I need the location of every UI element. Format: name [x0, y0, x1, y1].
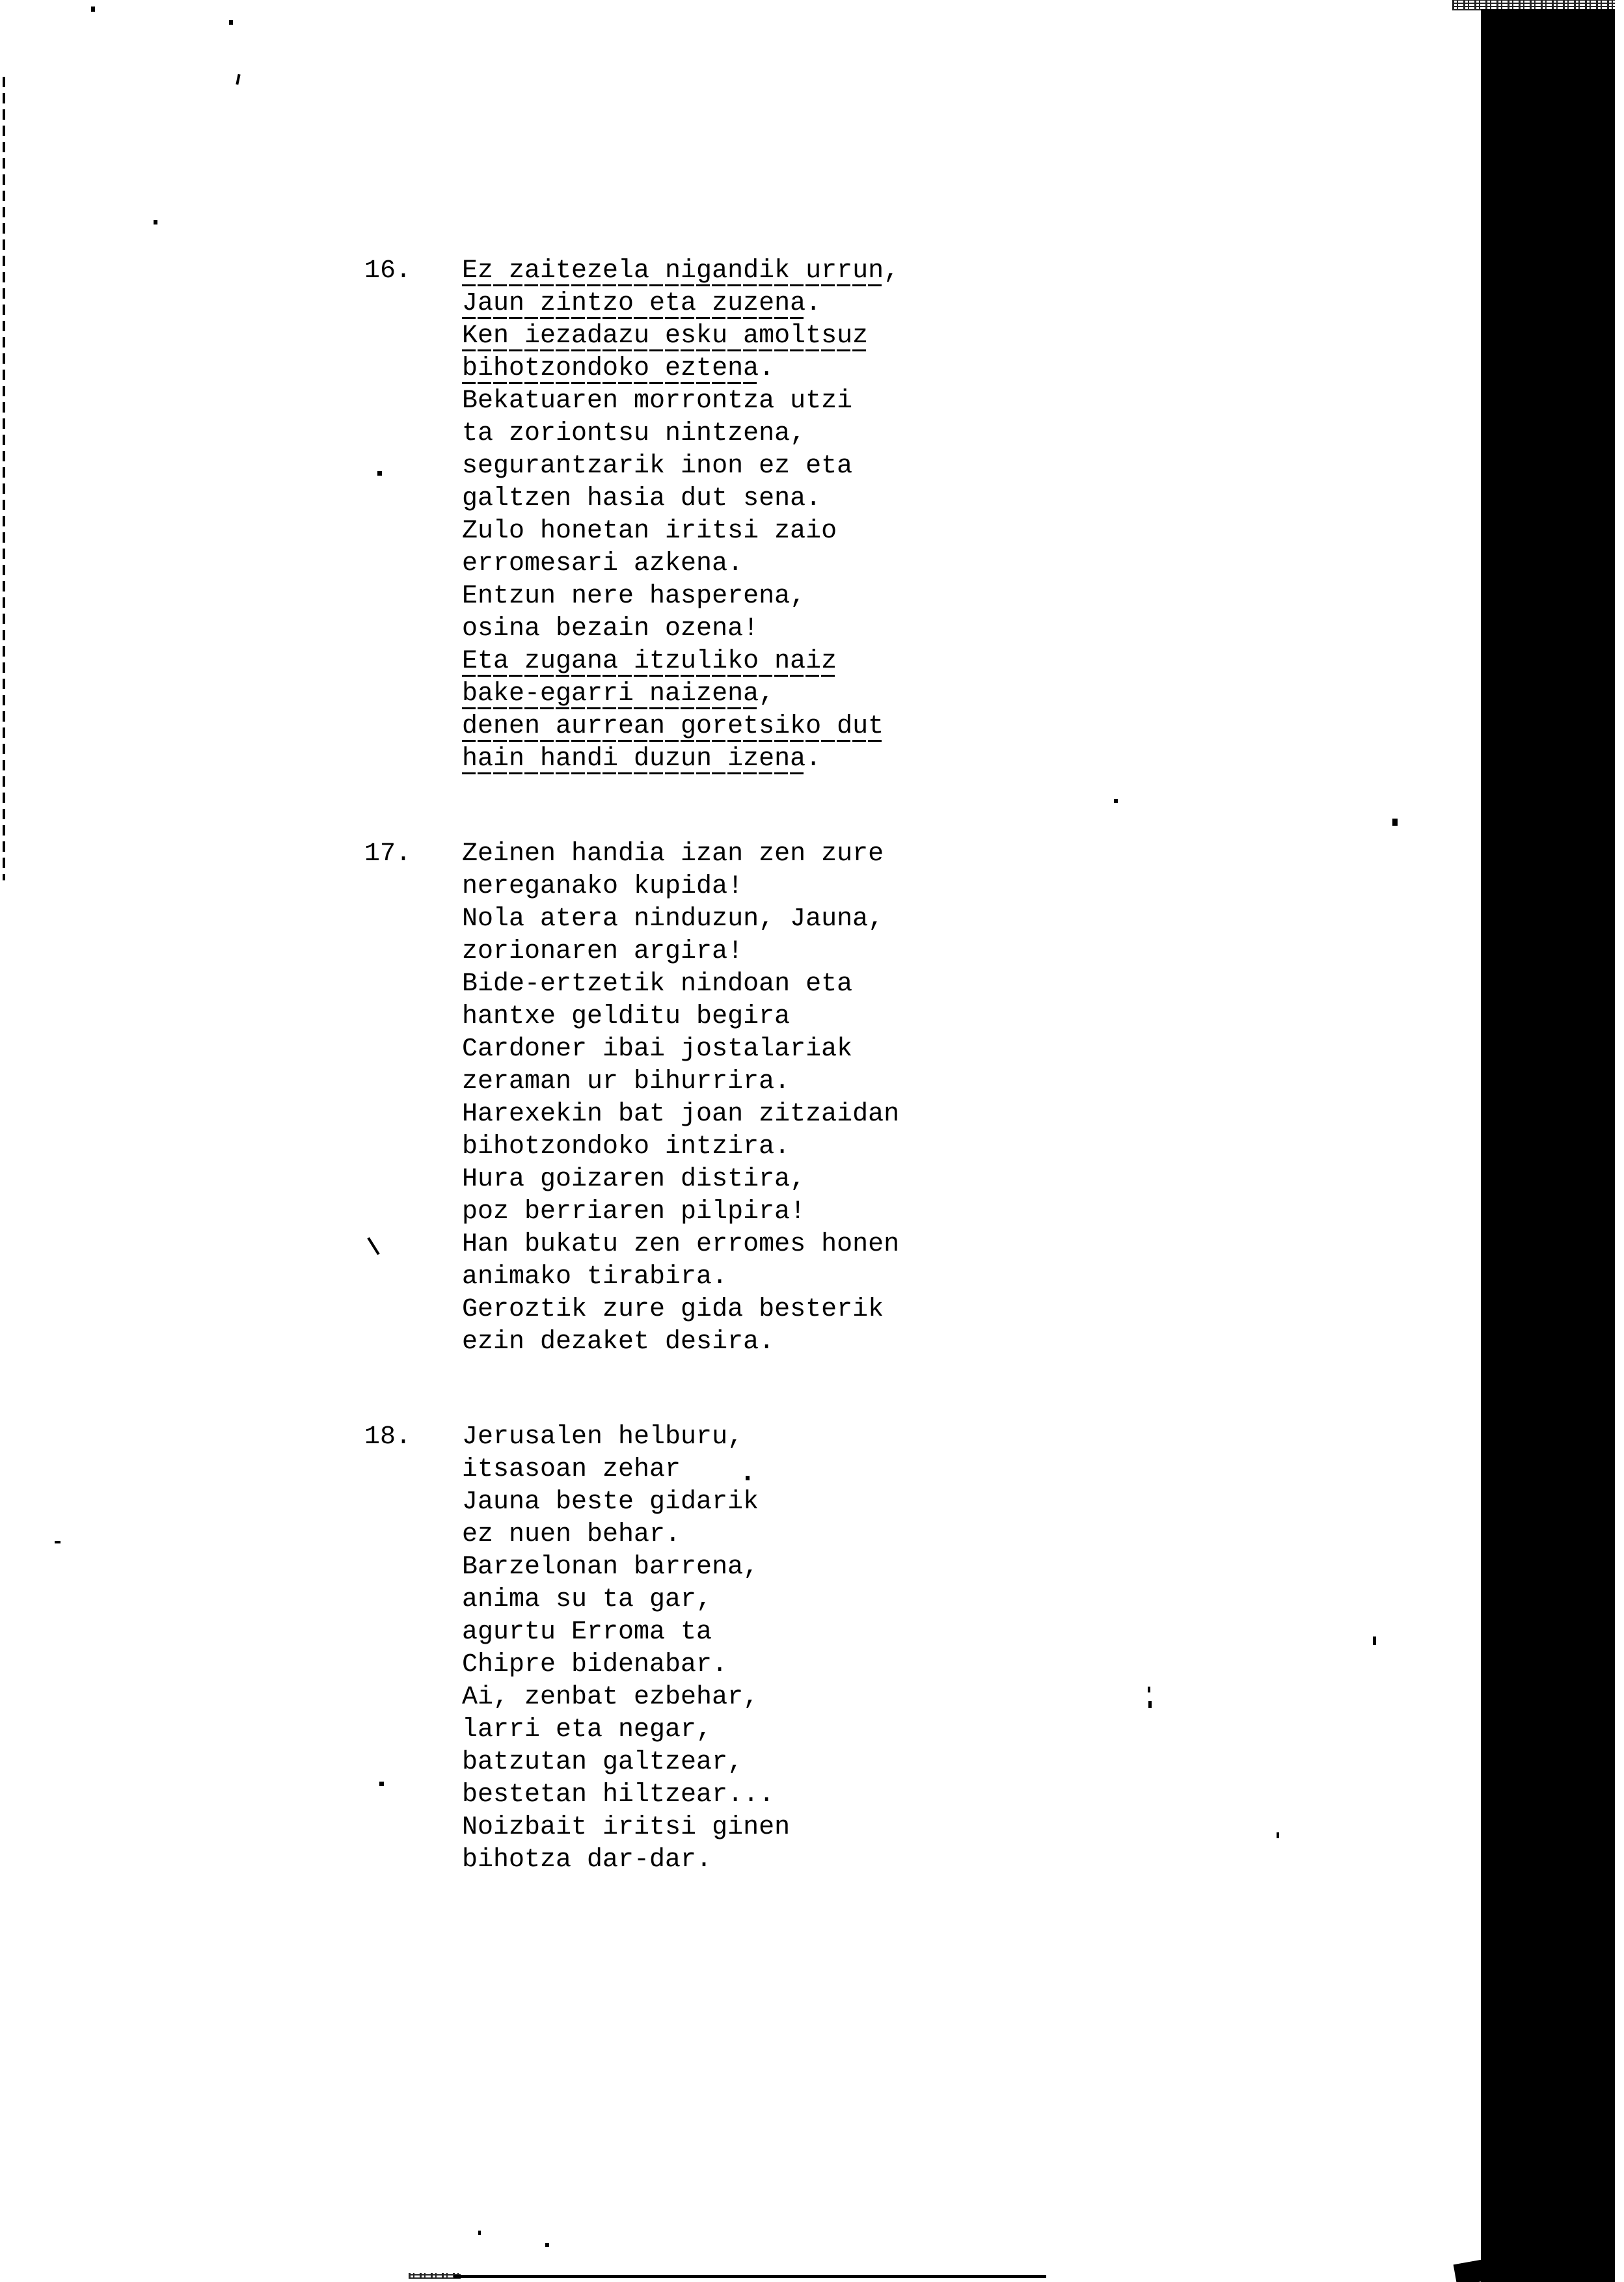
plain-text: batzutan galtzear,: [462, 1746, 743, 1779]
poem-line: anima su ta gar,: [462, 1584, 1080, 1616]
underlined-text: Ez zaitezela nigandik urrun: [462, 255, 884, 288]
stanza-18: 18.Jerusalen helburu,itsasoan zeharJauna…: [364, 1421, 1080, 1877]
scan-top-right-noise: [1452, 0, 1615, 10]
plain-text: anima su ta gar,: [462, 1584, 712, 1616]
speck: [1148, 1687, 1150, 1692]
poem-line: ez nuen behar.: [462, 1519, 1080, 1551]
plain-text: osina bezain ozena!: [462, 613, 759, 645]
poem-line: denen aurrean goretsiko dut: [462, 711, 1080, 743]
poem-line: bihotza dar-dar.: [462, 1844, 1080, 1877]
plain-text: ezin dezaket desira.: [462, 1326, 774, 1359]
poem-line: Jauna beste gidarik: [462, 1486, 1080, 1519]
poem-line: bestetan hiltzear...: [462, 1779, 1080, 1812]
speck: [236, 74, 240, 85]
poem-line: bihotzondoko intzira.: [462, 1131, 1080, 1163]
speck: [746, 1476, 750, 1480]
plain-text: ,: [884, 255, 899, 288]
stanza-16: 16.Ez zaitezela nigandik urrun,Jaun zint…: [364, 255, 1080, 776]
plain-text: zorionaren argira!: [462, 936, 743, 968]
speck: [1373, 1637, 1376, 1645]
underlined-text: Jaun zintzo eta zuzena: [462, 288, 805, 320]
plain-text: larri eta negar,: [462, 1714, 712, 1746]
plain-text: bihotza dar-dar.: [462, 1844, 712, 1877]
stanza-number: 17.: [364, 838, 411, 871]
plain-text: ta zoriontsu nintzena,: [462, 418, 805, 450]
plain-text: itsasoan zehar: [462, 1454, 681, 1486]
scan-right-bar-flare: [1454, 2257, 1502, 2282]
plain-text: Zulo honetan iritsi zaio: [462, 515, 837, 548]
plain-text: Cardoner ibai jostalariak: [462, 1033, 852, 1066]
poem-line: osina bezain ozena!: [462, 613, 1080, 645]
plain-text: Bide-ertzetik nindoan eta: [462, 968, 852, 1001]
plain-text: Barzelonan barrena,: [462, 1551, 759, 1584]
plain-text: galtzen hasia dut sena.: [462, 483, 821, 515]
scan-bottom-dust: [409, 2273, 461, 2279]
underlined-text: Eta zugana itzuliko naiz: [462, 645, 837, 678]
plain-text: bihotzondoko intzira.: [462, 1131, 790, 1163]
stanza-number: 16.: [364, 255, 411, 288]
plain-text: Nola atera ninduzun, Jauna,: [462, 903, 884, 936]
poem-line: nereganako kupida!: [462, 871, 1080, 903]
plain-text: poz berriaren pilpira!: [462, 1196, 805, 1229]
speck: [377, 471, 382, 476]
poem-line: Han bukatu zen erromes honen: [462, 1229, 1080, 1261]
plain-text: .: [759, 353, 774, 385]
speck: [1114, 799, 1118, 803]
speck: [1148, 1701, 1152, 1708]
poem-line: Entzun nere hasperena,: [462, 580, 1080, 613]
plain-text: ez nuen behar.: [462, 1519, 681, 1551]
poem-line: Bide-ertzetik nindoan eta: [462, 968, 1080, 1001]
underlined-text: denen aurrean goretsiko dut: [462, 711, 884, 743]
plain-text: segurantzarik inon ez eta: [462, 450, 852, 483]
poem-line: erromesari azkena.: [462, 548, 1080, 580]
speck: [1277, 1832, 1279, 1838]
speck: [229, 20, 233, 25]
plain-text: zeraman ur bihurrira.: [462, 1066, 790, 1098]
plain-text: .: [805, 288, 821, 320]
poem-line: zorionaren argira!: [462, 936, 1080, 968]
underlined-text: hain handi duzun izena: [462, 743, 805, 776]
plain-text: erromesari azkena.: [462, 548, 743, 580]
plain-text: Han bukatu zen erromes honen: [462, 1229, 899, 1261]
poem-line: zeraman ur bihurrira.: [462, 1066, 1080, 1098]
poem-line: Chipre bidenabar.: [462, 1649, 1080, 1681]
stanza-lines: Zeinen handia izan zen zurenereganako ku…: [462, 838, 1080, 1359]
speck: [154, 220, 157, 224]
scan-bottom-line: [454, 2275, 1046, 2278]
poem-line: animako tirabira.: [462, 1261, 1080, 1294]
plain-text: Noizbait iritsi ginen: [462, 1812, 790, 1844]
plain-text: nereganako kupida!: [462, 871, 743, 903]
plain-text: ,: [759, 678, 774, 711]
poem-line: Ken iezadazu esku amoltsuz: [462, 320, 1080, 353]
stanza-lines: Jerusalen helburu,itsasoan zeharJauna be…: [462, 1421, 1080, 1877]
poem-line: bihotzondoko eztena.: [462, 353, 1080, 385]
speck: [478, 2231, 481, 2235]
plain-text: hantxe gelditu begira: [462, 1001, 790, 1033]
poem-line: hain handi duzun izena.: [462, 743, 1080, 776]
plain-text: Entzun nere hasperena,: [462, 580, 805, 613]
poem-line: hantxe gelditu begira: [462, 1001, 1080, 1033]
plain-text: Zeinen handia izan zen zure: [462, 838, 884, 871]
poem-line: agurtu Erroma ta: [462, 1616, 1080, 1649]
plain-text: Hura goizaren distira,: [462, 1163, 805, 1196]
poem-line: Barzelonan barrena,: [462, 1551, 1080, 1584]
poem-line: Nola atera ninduzun, Jauna,: [462, 903, 1080, 936]
plain-text: .: [805, 743, 821, 776]
poem-line: batzutan galtzear,: [462, 1746, 1080, 1779]
poem-line: ezin dezaket desira.: [462, 1326, 1080, 1359]
plain-text: Geroztik zure gida besterik: [462, 1294, 884, 1326]
poem-line: Eta zugana itzuliko naiz: [462, 645, 1080, 678]
poem-line: Hura goizaren distira,: [462, 1163, 1080, 1196]
stanza-number: 18.: [364, 1421, 411, 1454]
plain-text: Ai, zenbat ezbehar,: [462, 1681, 759, 1714]
underlined-text: Ken iezadazu esku amoltsuz: [462, 320, 868, 353]
poem-line: Ai, zenbat ezbehar,: [462, 1681, 1080, 1714]
poem-line: galtzen hasia dut sena.: [462, 483, 1080, 515]
poem-line: Harexekin bat joan zitzaidan: [462, 1098, 1080, 1131]
plain-text: Harexekin bat joan zitzaidan: [462, 1098, 899, 1131]
underlined-text: bihotzondoko eztena: [462, 353, 759, 385]
plain-text: Chipre bidenabar.: [462, 1649, 727, 1681]
stanza-lines: Ez zaitezela nigandik urrun,Jaun zintzo …: [462, 255, 1080, 776]
poem-line: Jaun zintzo eta zuzena.: [462, 288, 1080, 320]
poem-line: segurantzarik inon ez eta: [462, 450, 1080, 483]
speck: [91, 7, 95, 12]
poem-body: 16.Ez zaitezela nigandik urrun,Jaun zint…: [364, 255, 1080, 1939]
stanza-17: 17.Zeinen handia izan zen zurenereganako…: [364, 838, 1080, 1359]
speck: [545, 2243, 549, 2247]
poem-line: bake-egarri naizena,: [462, 678, 1080, 711]
speck: [55, 1541, 61, 1543]
poem-line: Geroztik zure gida besterik: [462, 1294, 1080, 1326]
poem-line: Ez zaitezela nigandik urrun,: [462, 255, 1080, 288]
plain-text: Jauna beste gidarik: [462, 1486, 759, 1519]
poem-line: Noizbait iritsi ginen: [462, 1812, 1080, 1844]
poem-line: Zeinen handia izan zen zure: [462, 838, 1080, 871]
poem-line: Zulo honetan iritsi zaio: [462, 515, 1080, 548]
scan-left-edge-line: [3, 77, 5, 880]
poem-line: ta zoriontsu nintzena,: [462, 418, 1080, 450]
poem-line: itsasoan zehar: [462, 1454, 1080, 1486]
scanned-page: 16.Ez zaitezela nigandik urrun,Jaun zint…: [0, 0, 1624, 2282]
speck: [1392, 819, 1398, 826]
plain-text: Bekatuaren morrontza utzi: [462, 385, 852, 418]
plain-text: animako tirabira.: [462, 1261, 727, 1294]
speck: [379, 1782, 384, 1786]
poem-line: larri eta negar,: [462, 1714, 1080, 1746]
poem-line: poz berriaren pilpira!: [462, 1196, 1080, 1229]
underlined-text: bake-egarri naizena: [462, 678, 759, 711]
plain-text: agurtu Erroma ta: [462, 1616, 712, 1649]
poem-line: Jerusalen helburu,: [462, 1421, 1080, 1454]
poem-line: Bekatuaren morrontza utzi: [462, 385, 1080, 418]
plain-text: Jerusalen helburu,: [462, 1421, 743, 1454]
plain-text: bestetan hiltzear...: [462, 1779, 774, 1812]
scan-right-edge-bar: [1481, 9, 1615, 2282]
poem-line: Cardoner ibai jostalariak: [462, 1033, 1080, 1066]
